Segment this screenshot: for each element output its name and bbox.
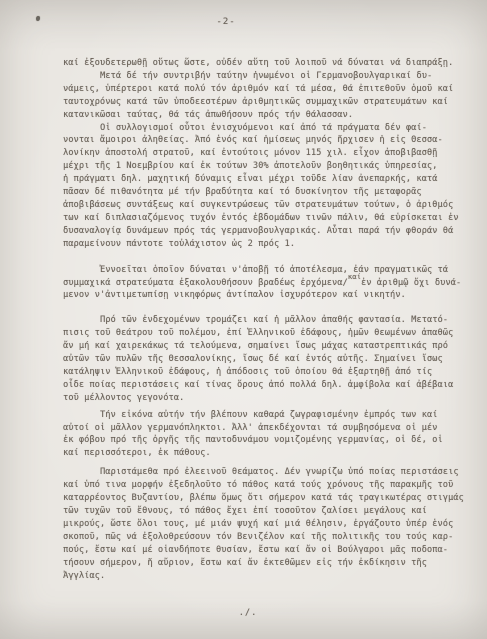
document-line: νάμεις, ὑπέρτεροι κατά πολύ τόν ἀριθμόν …	[63, 83, 461, 96]
document-line: ἄν μή καί χαιρεκάκως τά τελούμενα, σημαί…	[63, 340, 461, 353]
line-text: ἐν ἀριθμῷ ὄχι δυνά-	[361, 278, 461, 288]
paragraph: Τήν εἰκόνα αὐτήν τήν βλέπουν καθαρά ζωγρ…	[63, 409, 461, 461]
document-line: πισις τοῦ θεάτρου τοῦ πολέμου, ἐπί Ἑλλην…	[63, 327, 461, 340]
document-line: Τήν εἰκόνα αὐτήν τήν βλέπουν καθαρά ζωγρ…	[63, 409, 461, 422]
document-line: συμμαχικά στρατεύματα ἐξακολουθήσουν βρα…	[63, 277, 461, 290]
document-line: παραμείνουν πάντοτε τοὐλάχιστον ὡς 2 πρό…	[63, 238, 461, 251]
document-line: καί περισσότεροι, ἐκ πάθους.	[63, 447, 461, 460]
document-line: δυσαναλογίᾳ δυνάμεων πρός τάς γερμανοβου…	[63, 225, 461, 238]
document-body: καί ἐξουδετερωθῇ οὕτως ὥστε, οὐδέν αὕτη …	[63, 57, 461, 582]
document-line: καί ἐξουδετερωθῇ οὕτως ὥστε, οὐδέν αὕτη …	[63, 57, 461, 70]
paragraph: Μετά δέ τήν συντριβήν ταύτην ἡνωμένοι οἱ…	[63, 70, 461, 122]
document-page: -2- καί ἐξουδετερωθῇ οὕτως ὥστε, οὐδέν α…	[0, 0, 487, 639]
document-line: σκοποῦ, πῶς νά ἐξολοθρεύσουν τόν Βενιζέλ…	[63, 531, 461, 544]
document-line: Πρό τῶν ἐνδεχομένων τρομάζει καί ἡ μᾶλλο…	[63, 314, 461, 327]
document-line: Παριστάμεθα πρό ἐλεεινοῦ θεάματος. Δέν γ…	[63, 466, 461, 479]
document-line: κατάληψιν Ἑλληνικοῦ ἐδάφους, ἡ ἀπόδοσις …	[63, 366, 461, 379]
document-line: Ἐννοεῖται ὁποῖον δύναται ν'ἀποβῇ τό ἀποτ…	[63, 264, 461, 277]
document-line: ἐκ φόβου πρό τῆς ὀργῆς τῆς παντοδυνάμου …	[63, 434, 461, 447]
document-line: λονίκην ἀποστολή στρατοῦ, καί ἐντούτοις …	[63, 147, 461, 160]
paragraph: Παριστάμεθα πρό ἐλεεινοῦ θεάματος. Δέν γ…	[63, 466, 461, 582]
document-line: αὐτῶν τῶν πυλῶν τῆς Θεσσαλονίκης, ἴσως δ…	[63, 353, 461, 366]
paragraph: Οἱ συλλογισμοί οὗτοι ἐνισχυόμενοι καί ἀπ…	[63, 122, 461, 251]
document-line: τῶν τυχῶν τοῦ ἔθνους, τό πάθος ἔχει ἐπί …	[63, 505, 461, 518]
document-line: πᾶσαν δέ πιθανότητα μέ τήν βραδύτητα καί…	[63, 186, 461, 199]
document-line: Οἱ συλλογισμοί οὗτοι ἐνισχυόμενοι καί ἀπ…	[63, 122, 461, 135]
document-line: τοῦ μέλλοντος γεγονότα.	[63, 392, 461, 405]
document-line: των καί διπλασιαζόμενος τυχόν ἐντός ἑβδο…	[63, 212, 461, 225]
paragraph: καί ἐξουδετερωθῇ οὕτως ὥστε, οὐδέν αὕτη …	[63, 57, 461, 70]
interline-insertion: καί	[348, 272, 361, 281]
document-line: Μετά δέ τήν συντριβήν ταύτην ἡνωμένοι οἱ…	[63, 70, 461, 83]
document-line: μενον ν'ἀντιμετωπίσῃ νικηφόρως ἀντίπαλον…	[63, 289, 461, 302]
document-line: οἶδε ποίας περιστάσεις καί τίνας ὅρους ἀ…	[63, 379, 461, 392]
document-line: τήσουν σήμερον, ἤ αὔριον, ἔστω καί ἄν ἐκ…	[63, 557, 461, 570]
document-line: ταυτοχρόνως κατά τῶν ὑποδεεστέρων ἀριθμη…	[63, 96, 461, 109]
end-of-page-mark: ./.	[0, 608, 487, 618]
paragraph: Ἐννοεῖται ὁποῖον δύναται ν'ἀποβῇ τό ἀποτ…	[63, 264, 461, 303]
document-line: αὐτοί οἱ μᾶλλον γερμανόπληκτοι. Ἀλλ' ἀπε…	[63, 422, 461, 435]
document-line: Ἀγγλίας.	[63, 570, 461, 583]
page-number: -2-	[0, 17, 452, 27]
document-line: καί ὑπό τινα μορφήν ἐξεδηλοῦτο τό πάθος …	[63, 479, 461, 492]
document-line: ἡ πράγματι δηλ. μαχητική δύναμις εἶναι μ…	[63, 173, 461, 186]
document-line: νονται ἄμοιροι ἀληθείας. Ἀπό ἑνός καί ἡμ…	[63, 134, 461, 147]
document-line: καταρρέοντος Βυζαντίου, βλέπω ὅμως ὅτι σ…	[63, 492, 461, 505]
line-text: συμμαχικά στρατεύματα ἐξακολουθήσουν βρα…	[63, 278, 348, 288]
document-line: μικρούς, ὥστε ὅλοι τους, μέ μιάν ψυχή κα…	[63, 518, 461, 531]
paragraph: Πρό τῶν ἐνδεχομένων τρομάζει καί ἡ μᾶλλο…	[63, 314, 461, 404]
document-line: πούς, ἔστω καί μέ οἱανδήποτε θυσίαν, ἔστ…	[63, 544, 461, 557]
document-line: κατανικῶσαι ταύτας, θά τάς ἀπωθήσουν πρό…	[63, 109, 461, 122]
document-line: μέχρι τῆς 1 Νοεμβρίου καί ἐκ τούτων 30% …	[63, 160, 461, 173]
document-line: ἀποβιβάσεως συντάξεως καί συγκεντρώσεως …	[63, 199, 461, 212]
